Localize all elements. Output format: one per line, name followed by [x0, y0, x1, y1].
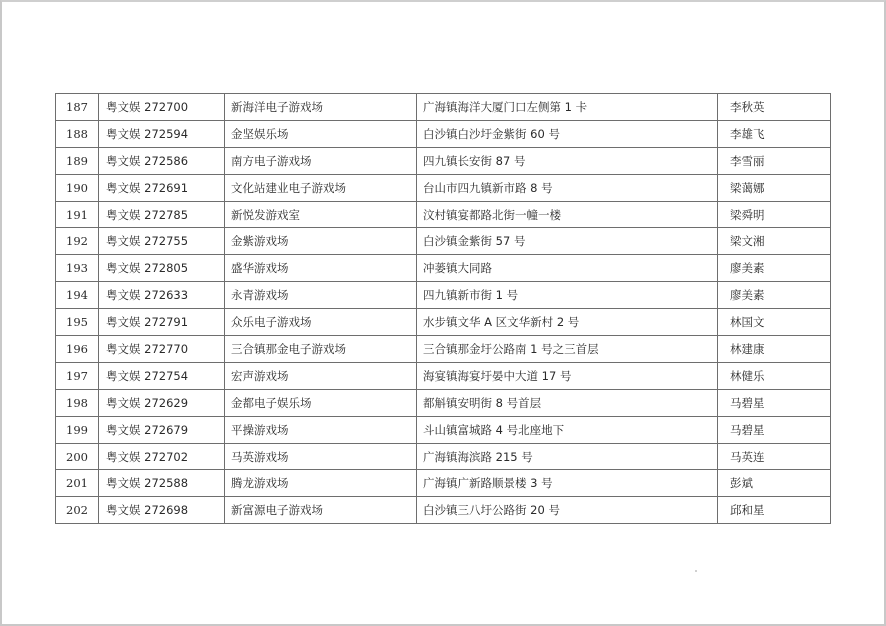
cell-license-number: 粤文娱 272594 — [99, 120, 225, 147]
cell-license-number: 粤文娱 272785 — [99, 201, 225, 228]
table-row: 202 粤文娱 272698 新富源电子游戏场 白沙镇三八圩公路街 20 号 邱… — [56, 497, 831, 524]
cell-responsible-person: 马碧星 — [718, 416, 831, 443]
cell-serial-number: 201 — [56, 470, 99, 497]
cell-address: 四九镇长安街 87 号 — [417, 147, 718, 174]
cell-venue-name: 众乐电子游戏场 — [225, 309, 417, 336]
cell-responsible-person: 李秋英 — [718, 94, 831, 121]
cell-responsible-person: 马碧星 — [718, 389, 831, 416]
table-row: 199 粤文娱 272679 平操游戏场 斗山镇富城路 4 号北座地下 马碧星 — [56, 416, 831, 443]
cell-venue-name: 文化站建业电子游戏场 — [225, 174, 417, 201]
scan-speck — [695, 570, 697, 572]
table-row: 191 粤文娱 272785 新悦发游戏室 汶村镇宴都路北街一幢一楼 梁舜明 — [56, 201, 831, 228]
cell-license-number: 粤文娱 272588 — [99, 470, 225, 497]
cell-serial-number: 190 — [56, 174, 99, 201]
cell-serial-number: 196 — [56, 336, 99, 363]
cell-address: 白沙镇三八圩公路街 20 号 — [417, 497, 718, 524]
cell-address: 台山市四九镇新市路 8 号 — [417, 174, 718, 201]
cell-responsible-person: 彭斌 — [718, 470, 831, 497]
cell-responsible-person: 林建康 — [718, 336, 831, 363]
table-row: 197 粤文娱 272754 宏声游戏场 海宴镇海宴圩晏中大道 17 号 林健乐 — [56, 362, 831, 389]
table-row: 193 粤文娱 272805 盛华游戏场 冲蒌镇大同路 廖美素 — [56, 255, 831, 282]
cell-license-number: 粤文娱 272586 — [99, 147, 225, 174]
cell-venue-name: 新海洋电子游戏场 — [225, 94, 417, 121]
cell-license-number: 粤文娱 272633 — [99, 282, 225, 309]
cell-responsible-person: 廖美素 — [718, 282, 831, 309]
table-row: 189 粤文娱 272586 南方电子游戏场 四九镇长安街 87 号 李雪丽 — [56, 147, 831, 174]
cell-address: 水步镇文华 A 区文华新村 2 号 — [417, 309, 718, 336]
cell-venue-name: 盛华游戏场 — [225, 255, 417, 282]
table-row: 196 粤文娱 272770 三合镇那金电子游戏场 三合镇那金圩公路南 1 号之… — [56, 336, 831, 363]
cell-venue-name: 平操游戏场 — [225, 416, 417, 443]
cell-address: 汶村镇宴都路北街一幢一楼 — [417, 201, 718, 228]
table-row: 190 粤文娱 272691 文化站建业电子游戏场 台山市四九镇新市路 8 号 … — [56, 174, 831, 201]
cell-serial-number: 198 — [56, 389, 99, 416]
table-row: 194 粤文娱 272633 永青游戏场 四九镇新市街 1 号 廖美素 — [56, 282, 831, 309]
cell-serial-number: 200 — [56, 443, 99, 470]
cell-serial-number: 192 — [56, 228, 99, 255]
cell-responsible-person: 李雄飞 — [718, 120, 831, 147]
cell-responsible-person: 林国文 — [718, 309, 831, 336]
table-body: 187 粤文娱 272700 新海洋电子游戏场 广海镇海洋大厦门口左侧第 1 卡… — [56, 94, 831, 524]
cell-serial-number: 193 — [56, 255, 99, 282]
table-row: 195 粤文娱 272791 众乐电子游戏场 水步镇文华 A 区文华新村 2 号… — [56, 309, 831, 336]
cell-serial-number: 194 — [56, 282, 99, 309]
table-row: 192 粤文娱 272755 金紫游戏场 白沙镇金紫街 57 号 梁文湘 — [56, 228, 831, 255]
cell-serial-number: 199 — [56, 416, 99, 443]
cell-venue-name: 新悦发游戏室 — [225, 201, 417, 228]
cell-serial-number: 202 — [56, 497, 99, 524]
cell-responsible-person: 林健乐 — [718, 362, 831, 389]
cell-responsible-person: 梁蔼娜 — [718, 174, 831, 201]
cell-serial-number: 191 — [56, 201, 99, 228]
cell-venue-name: 南方电子游戏场 — [225, 147, 417, 174]
cell-responsible-person: 马英连 — [718, 443, 831, 470]
cell-responsible-person: 梁文湘 — [718, 228, 831, 255]
table-row: 201 粤文娱 272588 腾龙游戏场 广海镇广新路顺景楼 3 号 彭斌 — [56, 470, 831, 497]
cell-license-number: 粤文娱 272754 — [99, 362, 225, 389]
cell-address: 冲蒌镇大同路 — [417, 255, 718, 282]
cell-license-number: 粤文娱 272629 — [99, 389, 225, 416]
cell-serial-number: 197 — [56, 362, 99, 389]
cell-address: 海宴镇海宴圩晏中大道 17 号 — [417, 362, 718, 389]
table-row: 198 粤文娱 272629 金都电子娱乐场 都斛镇安明街 8 号首层 马碧星 — [56, 389, 831, 416]
table-row: 187 粤文娱 272700 新海洋电子游戏场 广海镇海洋大厦门口左侧第 1 卡… — [56, 94, 831, 121]
cell-address: 广海镇广新路顺景楼 3 号 — [417, 470, 718, 497]
venue-license-table: 187 粤文娱 272700 新海洋电子游戏场 广海镇海洋大厦门口左侧第 1 卡… — [55, 93, 831, 524]
cell-venue-name: 新富源电子游戏场 — [225, 497, 417, 524]
cell-license-number: 粤文娱 272755 — [99, 228, 225, 255]
cell-license-number: 粤文娱 272698 — [99, 497, 225, 524]
cell-address: 斗山镇富城路 4 号北座地下 — [417, 416, 718, 443]
table-row: 188 粤文娱 272594 金坚娱乐场 白沙镇白沙圩金紫街 60 号 李雄飞 — [56, 120, 831, 147]
cell-venue-name: 金紫游戏场 — [225, 228, 417, 255]
cell-venue-name: 腾龙游戏场 — [225, 470, 417, 497]
cell-license-number: 粤文娱 272791 — [99, 309, 225, 336]
cell-address: 三合镇那金圩公路南 1 号之三首层 — [417, 336, 718, 363]
cell-license-number: 粤文娱 272679 — [99, 416, 225, 443]
cell-serial-number: 189 — [56, 147, 99, 174]
cell-venue-name: 三合镇那金电子游戏场 — [225, 336, 417, 363]
cell-license-number: 粤文娱 272700 — [99, 94, 225, 121]
cell-venue-name: 金坚娱乐场 — [225, 120, 417, 147]
cell-serial-number: 188 — [56, 120, 99, 147]
cell-address: 广海镇海洋大厦门口左侧第 1 卡 — [417, 94, 718, 121]
cell-venue-name: 金都电子娱乐场 — [225, 389, 417, 416]
cell-responsible-person: 李雪丽 — [718, 147, 831, 174]
cell-address: 广海镇海滨路 215 号 — [417, 443, 718, 470]
cell-venue-name: 宏声游戏场 — [225, 362, 417, 389]
cell-license-number: 粤文娱 272702 — [99, 443, 225, 470]
cell-address: 四九镇新市街 1 号 — [417, 282, 718, 309]
cell-license-number: 粤文娱 272770 — [99, 336, 225, 363]
cell-license-number: 粤文娱 272691 — [99, 174, 225, 201]
cell-license-number: 粤文娱 272805 — [99, 255, 225, 282]
cell-address: 都斛镇安明街 8 号首层 — [417, 389, 718, 416]
cell-serial-number: 187 — [56, 94, 99, 121]
cell-responsible-person: 梁舜明 — [718, 201, 831, 228]
cell-serial-number: 195 — [56, 309, 99, 336]
cell-venue-name: 马英游戏场 — [225, 443, 417, 470]
cell-responsible-person: 邱和星 — [718, 497, 831, 524]
cell-responsible-person: 廖美素 — [718, 255, 831, 282]
table-row: 200 粤文娱 272702 马英游戏场 广海镇海滨路 215 号 马英连 — [56, 443, 831, 470]
cell-address: 白沙镇金紫街 57 号 — [417, 228, 718, 255]
cell-address: 白沙镇白沙圩金紫街 60 号 — [417, 120, 718, 147]
cell-venue-name: 永青游戏场 — [225, 282, 417, 309]
